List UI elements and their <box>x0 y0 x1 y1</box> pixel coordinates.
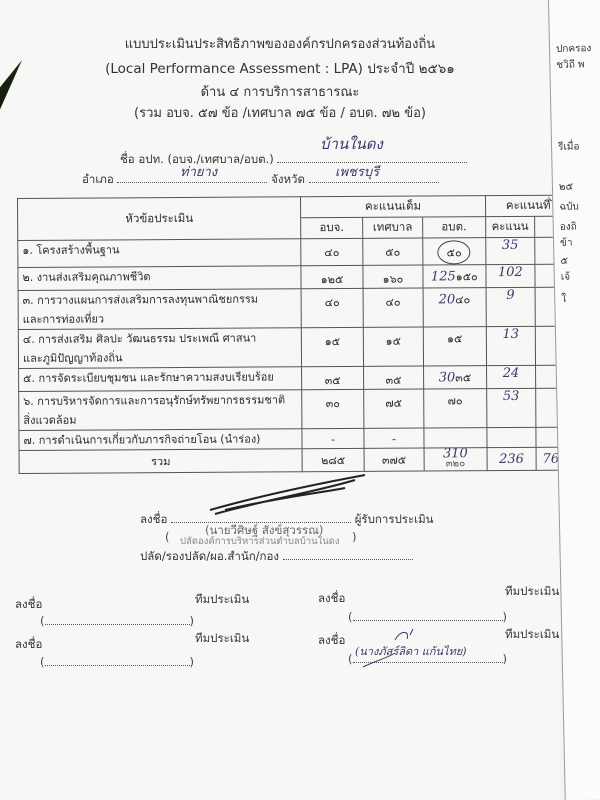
score-cell: 13 <box>486 326 536 365</box>
table-row: ๖. การบริหารจัดการและการอนุรักษ์ทรัพยากร… <box>19 388 586 430</box>
topic-cell: ๕. การจัดระเบียบชุมชน และรักษาความสงบเรี… <box>19 367 302 392</box>
side-text: ใ <box>561 292 566 307</box>
municipality-cell: ๑๕ <box>363 327 424 366</box>
obj-cell: ๓๐ <box>302 389 364 428</box>
assessee-paren-open: ( <box>165 530 170 544</box>
obj-cell: ๔๐ <box>301 238 363 265</box>
score-cell: 9 <box>486 287 536 326</box>
topic-cell: ๓. การวางแผนการส่งเสริมการลงทุนพาณิชยกรร… <box>18 289 302 330</box>
sao-value: ๕๐ <box>438 240 471 264</box>
obj-cell: - <box>302 428 364 448</box>
score-table-body: ๑. โครงสร้างพื้นฐาน๔๐๕๐๕๐35๒. งานส่งเสริ… <box>18 237 586 450</box>
score-cell: 53 <box>486 388 536 427</box>
side-text: องถิ <box>560 219 577 234</box>
municipality-cell: ๕๐ <box>363 238 423 265</box>
table-row: ๓. การวางแผนการส่งเสริมการลงทุนพาณิชยกรร… <box>18 287 585 329</box>
assessee-position-label: ปลัด/รองปลัด/ผอ.สำนัก/กอง <box>140 549 279 563</box>
header-sao: อบต. <box>423 217 486 238</box>
title-line-4: (รวม อบจ. ๕๗ ข้อ /เทศบาล ๗๕ ข้อ / อบต. ๗… <box>0 102 560 123</box>
sao-cell: ๕๐ <box>423 238 486 265</box>
obj-cell: ๓๕ <box>302 366 364 389</box>
score-table: หัวข้อประเมิน คะแนนเต็ม คะแนนที่ได้ อบจ.… <box>17 195 587 474</box>
side-text: ๕ <box>560 254 568 269</box>
team-role-3: ทีมประเมิน <box>505 583 559 601</box>
team-sign-label-3: ลงชื่อ <box>318 590 345 608</box>
title-line-3: ด้าน ๔ การบริการสาธารณะ <box>0 81 560 102</box>
obj-cell: ๑๕ <box>302 327 364 366</box>
district-field: อำเภอ จังหวัด <box>82 170 439 189</box>
district-label: อำเภอ <box>82 172 114 186</box>
total-obj: ๒๘๕ <box>302 448 364 471</box>
side-text: ข้า <box>560 236 573 251</box>
side-text: รีเมื่อ <box>558 139 580 154</box>
assessee-role: ผู้รับการประเมิน <box>355 512 434 526</box>
header-topic: หัวข้อประเมิน <box>18 197 302 241</box>
topic-cell: ๗. การดำเนินการเกี่ยวกับภารกิจถ่ายโอน (น… <box>19 429 302 451</box>
obj-cell: ๔๐ <box>301 288 363 327</box>
table-row: ๑. โครงสร้างพื้นฐาน๔๐๕๐๕๐35 <box>18 237 585 267</box>
side-text: ชวิถี พ <box>556 57 585 73</box>
side-text: ๒๕ <box>559 180 573 195</box>
district-value: ท่ายาง <box>180 161 217 182</box>
score-cell: 24 <box>486 365 536 388</box>
sao-value: ๑๕๐ <box>456 270 478 283</box>
sao-value: ๓๕ <box>455 371 471 384</box>
municipality-cell: ๓๕ <box>363 366 423 389</box>
team-sign-label-4: ลงชื่อ <box>318 632 345 650</box>
sao-cell: 20๔๐ <box>423 288 486 327</box>
municipality-cell: ๗๕ <box>363 389 424 428</box>
org-value: บ้านในดง <box>320 132 383 156</box>
team-name-line-2: () <box>40 653 194 669</box>
obj-cell: ๑๒๕ <box>301 265 363 288</box>
municipality-cell: ๔๐ <box>363 288 424 327</box>
org-field: ชื่อ อปท. (อบจ./เทศบาล/อบต.) <box>120 150 467 169</box>
team-sign-label-2: ลงชื่อ <box>15 636 42 654</box>
side-text: ปกครอง <box>556 41 592 57</box>
sao-cell: ๗๐ <box>424 389 487 428</box>
total-sao: ๓๒๐ <box>429 459 483 469</box>
team-role-2: ทีมประเมิน <box>195 630 249 648</box>
header-obj: อบจ. <box>301 217 363 238</box>
municipality-cell: - <box>364 428 424 448</box>
assessee-position-row: ปลัด/รองปลัด/ผอ.สำนัก/กอง <box>140 547 413 566</box>
team-sign-label-1: ลงชื่อ <box>15 596 42 614</box>
title-line-2: (Local Performance Assessment : LPA) ประ… <box>0 57 560 79</box>
header-full-score: คะแนนเต็ม <box>301 196 485 218</box>
table-row: ๒. งานส่งเสริมคุณภาพชีวิต๑๒๕๑๖๐125๑๕๐102 <box>18 264 585 290</box>
table-row: ๔. การส่งเสริม ศิลปะ วัฒนธรรม ประเพณี ศา… <box>18 326 585 368</box>
sao-cell <box>424 428 487 448</box>
topic-cell: ๑. โครงสร้างพื้นฐาน <box>18 239 302 268</box>
team-name-line-3: () <box>348 608 507 624</box>
header-municipality: เทศบาล <box>362 217 422 238</box>
province-label: จังหวัด <box>271 172 305 186</box>
team-name-line-1: () <box>40 612 194 628</box>
score-cell: 35 <box>485 237 535 264</box>
sao-value: ๔๐ <box>455 293 470 306</box>
side-text: เจ้ <box>561 270 571 285</box>
side-text: ฉบับ <box>559 199 579 214</box>
sao-cell: 30๓๕ <box>424 366 487 389</box>
sao-cell: 125๑๕๐ <box>423 265 486 288</box>
sao-value: ๑๕ <box>447 332 462 345</box>
team-role-4: ทีมประเมิน <box>505 626 559 644</box>
score-cell: 102 <box>485 264 535 287</box>
municipality-cell: ๑๖๐ <box>363 265 423 288</box>
total-sao-cell: 310 ๓๒๐ <box>424 448 487 471</box>
topic-cell: ๒. งานส่งเสริมคุณภาพชีวิต <box>18 266 301 291</box>
total-score: 236 <box>487 447 537 470</box>
province-value: เพชรบุรี <box>335 161 379 182</box>
table-row: ๕. การจัดระเบียบชุมชน และรักษาความสงบเรี… <box>19 365 586 391</box>
sao-cell: ๑๕ <box>423 327 486 366</box>
topic-cell: ๖. การบริหารจัดการและการอนุรักษ์ทรัพยากร… <box>19 390 303 431</box>
assessee-sign-label: ลงชื่อ <box>140 512 167 526</box>
sao-hand: 125 <box>431 269 456 284</box>
sao-value: ๗๐ <box>448 394 463 407</box>
assessee-position-line <box>283 547 413 560</box>
sao-hand: 20 <box>439 292 456 307</box>
assessee-paren-close: ) <box>352 530 357 544</box>
total-municipality: ๓๗๕ <box>364 448 424 471</box>
team-role-1: ทีมประเมิน <box>195 591 249 609</box>
title-line-1: แบบประเมินประสิทธิภาพขององค์กรปกครองส่วน… <box>0 33 560 54</box>
topic-cell: ๔. การส่งเสริม ศิลปะ วัฒนธรรม ประเพณี ศา… <box>18 328 302 369</box>
header-score: คะแนน <box>485 216 535 237</box>
document-page: แบบประเมินประสิทธิภาพขององค์กรปกครองส่วน… <box>0 0 560 800</box>
team-signature-scribble <box>355 625 435 675</box>
sao-hand: 30 <box>439 370 456 385</box>
score-cell <box>486 427 536 447</box>
